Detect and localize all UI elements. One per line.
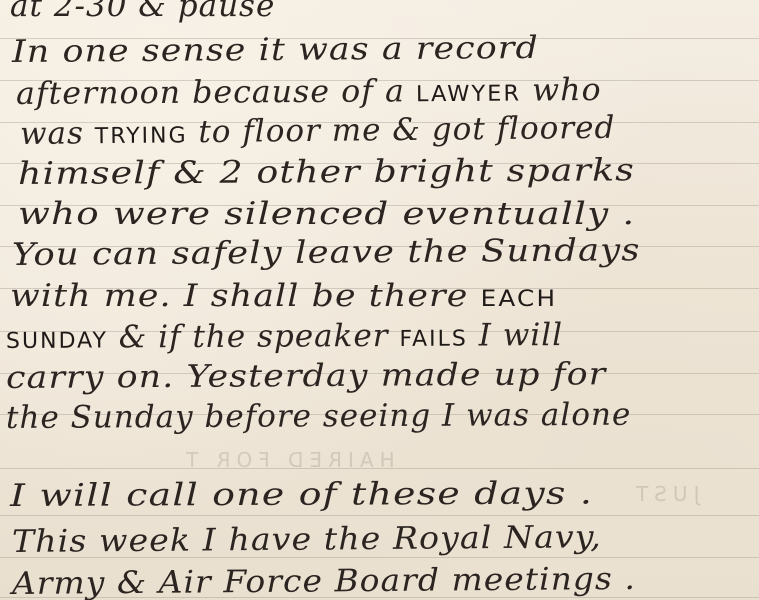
line-text: In one sense it was a record [12,30,539,70]
line-text: at 2-30 & pause [10,0,275,24]
letter-line-5: himself & 2 other bright sparks [18,152,635,192]
line-text: & if the speaker [108,318,400,356]
line-text: This week I have the Royal Navy, [12,519,602,560]
letter-line-13: This week I have the Royal Navy, [12,519,602,560]
letter-line-6: who were silenced eventually . [18,196,635,232]
letter-line-10: carry on. Yesterday made up for [6,356,607,396]
line-text: I will call one of these days . [10,475,593,514]
letter-line-8: with me. I shall be there EACH [10,278,557,314]
line-text: afternoon because of a [16,73,416,112]
line-text: himself & 2 other bright sparks [18,152,635,192]
line-text: was [20,115,95,152]
caps-word: EACH [481,287,558,312]
caps-word: TRYING [95,123,188,149]
caps-word: LAWYER [416,82,521,108]
bleed-through-text: JUST [630,482,699,506]
line-text: the Sunday before seeing I was alone [6,397,631,436]
line-text: who were silenced eventually . [18,196,635,232]
line-text: carry on. Yesterday made up for [6,356,607,396]
letter-line-9: SUNDAY & if the speaker FAILS I will [6,317,563,356]
line-text: who [521,72,602,109]
ruled-line [0,515,759,516]
line-text: Army & Air Force Board meetings . [12,561,636,600]
letter-line-12: I will call one of these days . [10,475,593,514]
letter-line-11: the Sunday before seeing I was alone [6,397,631,436]
letter-line-14: Army & Air Force Board meetings . [12,561,636,600]
line-text: to floor me & got floored [187,110,615,150]
line-text: You can safely leave the Sundays [12,232,641,273]
line-text: with me. I shall be there [10,278,481,314]
line-text: I will [468,317,563,353]
letter-line-7: You can safely leave the Sundays [12,232,641,273]
letter-line-1: at 2-30 & pause [10,0,275,24]
letter-page: HAIRED FOR T JUST at 2-30 & pause In one… [0,0,759,600]
caps-word: FAILS [399,327,468,352]
caps-word: SUNDAY [6,328,108,354]
letter-line-4: was TRYING to floor me & got floored [20,110,616,152]
letter-line-2: In one sense it was a record [12,30,539,70]
letter-line-3: afternoon because of a LAWYER who [16,72,602,112]
bleed-through-text: HAIRED FOR T [180,448,395,472]
